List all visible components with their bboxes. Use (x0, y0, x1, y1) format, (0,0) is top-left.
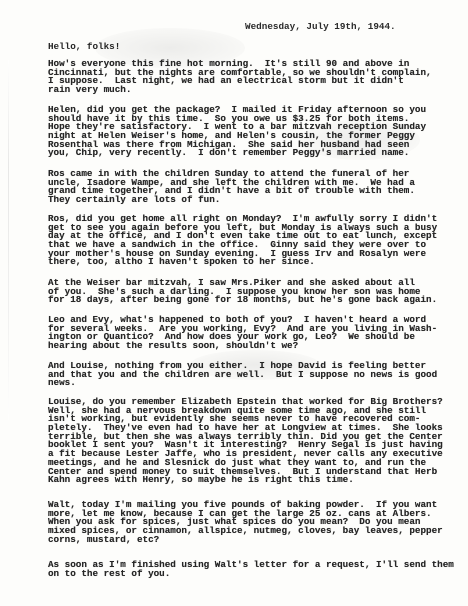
text-line: Kahn agrees with Henry, so maybe he is r… (48, 476, 443, 485)
text-line: there, too, altho I haven't spoken to he… (48, 258, 437, 267)
paragraph-helen-package: Helen, did you get the package? I mailed… (48, 106, 426, 158)
scanned-letter-page: Wednesday, July 19th, 1944. Hello, folks… (0, 0, 468, 606)
paragraph-ros-monday: Ros, did you get home all right on Monda… (48, 215, 437, 267)
letter-date: Wednesday, July 19th, 1944. (245, 21, 396, 32)
paragraph-ros-funeral: Ros came in with the children Sunday to … (48, 170, 415, 205)
paragraph-weather: How's everyone this fine hot morning. It… (48, 60, 432, 95)
paragraph-walt-baking-powder: Walt, today I'm mailing you five pounds … (48, 501, 443, 544)
scan-edge-shadow (8, 60, 9, 420)
text-line: They certainly are lots of fun. (48, 196, 415, 205)
text-line: and that you and the children are well. … (48, 371, 437, 380)
text-line: news. (48, 379, 437, 388)
paragraph-louise: And Louise, nothing from you either. I h… (48, 362, 437, 388)
text-line: you, Chip, very recently. I don't rememb… (48, 149, 426, 158)
paragraph-weiser-bar-mitzvah: At the Weiser bar mitzvah, I saw Mrs.Pik… (48, 279, 437, 305)
text-line: hearing about the results soon, shouldn'… (48, 342, 437, 351)
text-line: for 18 days, after being gone for 18 mon… (48, 296, 437, 305)
text-line: rain very much. (48, 86, 432, 95)
salutation: Hello, folks! (48, 41, 120, 52)
paragraph-elizabeth-epstein: Louise, do you remember Elizabeth Epstei… (48, 398, 443, 485)
paragraph-closing: As soon as I'm finished using Walt's let… (48, 561, 454, 578)
text-line: corns, mustard, etc? (48, 536, 443, 545)
paragraph-leo-and-evy: Leo and Evy, what's happened to both of … (48, 316, 437, 351)
text-line: on to the rest of you. (48, 570, 454, 579)
